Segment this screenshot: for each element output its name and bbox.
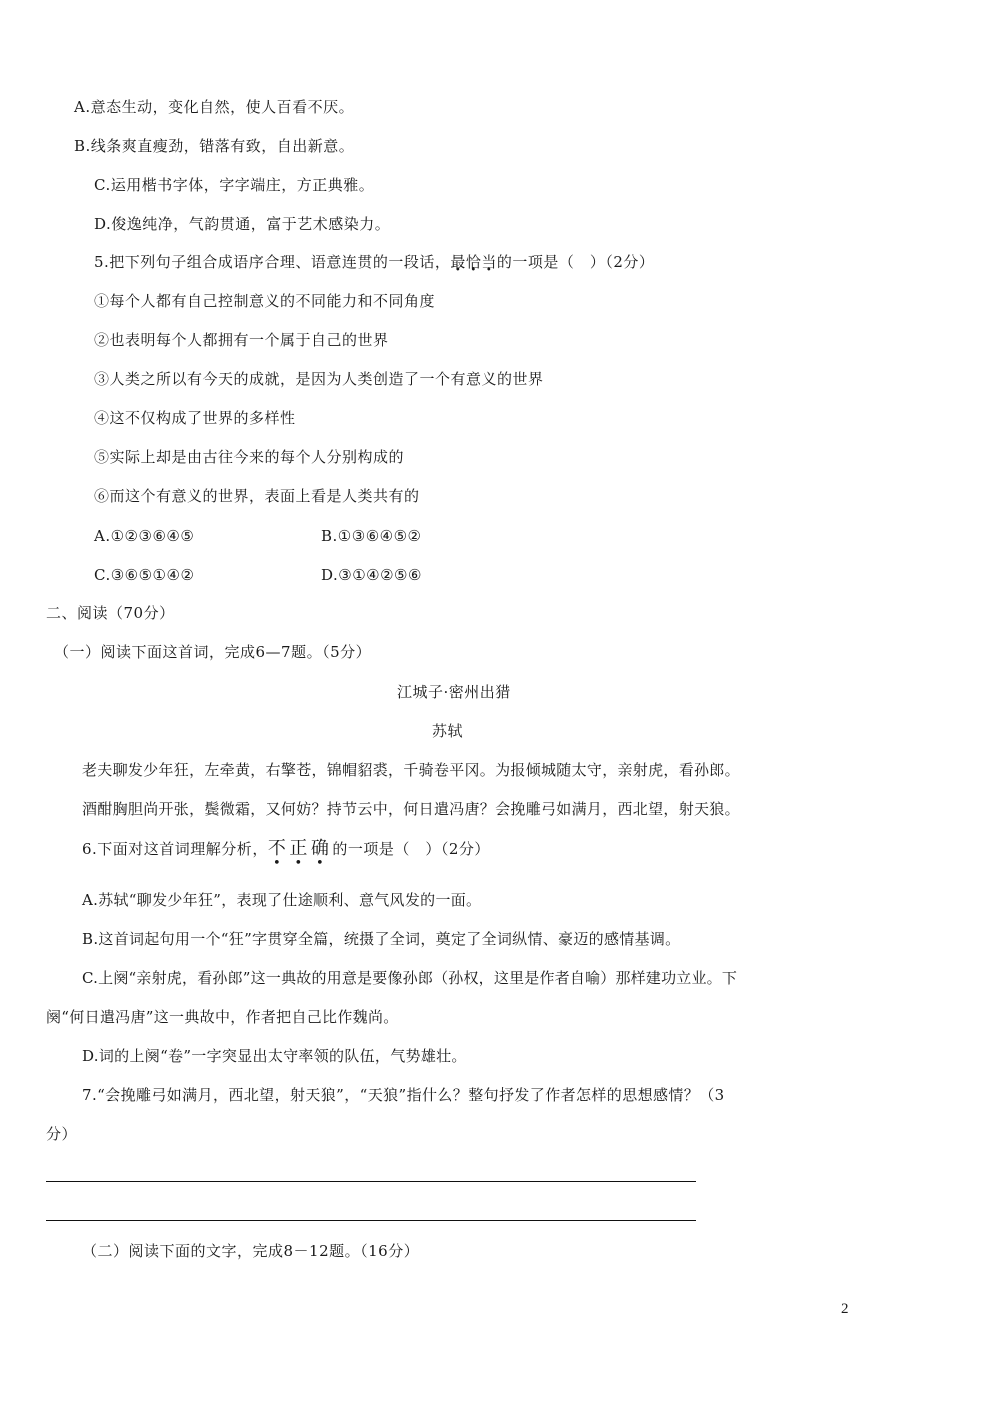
option-label: D. <box>321 566 338 584</box>
option-text: 运用楷书字体，字字端庄，方正典雅。 <box>111 176 375 194</box>
emphasis-char: 恰 <box>466 252 482 272</box>
q5-sentence-5: ⑤实际上却是由古往今来的每个人分别构成的 <box>94 447 404 467</box>
q7-stem: 7.“会挽雕弓如满月，西北望，射天狼”，“天狼”指什么？整句抒发了作者怎样的思想… <box>82 1085 725 1105</box>
option-text: 苏轼“聊发少年狂”，表现了仕途顺利、意气风发的一面。 <box>98 891 481 909</box>
poem-line-2: 酒酣胸胆尚开张，鬓微霜，又何妨？持节云中，何日遣冯唐？会挽雕弓如满月，西北望，射… <box>82 799 740 819</box>
option-text: ①②③⑥④⑤ <box>111 527 195 545</box>
q5-stem: 5.把下列句子组合成语序合理、语意连贯的一段话，最恰当的一项是（ ）（2分） <box>94 252 654 272</box>
q5-stem-before: 5.把下列句子组合成语序合理、语意连贯的一段话， <box>94 253 450 271</box>
option-label: A. <box>74 98 91 116</box>
option-label: A. <box>82 891 98 909</box>
option-text: 线条爽直瘦劲，错落有致，自出新意。 <box>91 137 355 155</box>
option-text: 俊逸纯净，气韵贯通，富于艺术感染力。 <box>111 215 390 233</box>
q5-sentence-3: ③人类之所以有今天的成就，是因为人类创造了一个有意义的世界 <box>94 369 544 389</box>
option-text: 上阕“亲射虎，看孙郎”这一典故的用意是要像孙郎（孙权，这里是作者自喻）那样建功立… <box>98 969 737 987</box>
q4-option-d: D.俊逸纯净，气韵贯通，富于艺术感染力。 <box>94 214 390 234</box>
poem-title: 江城子·密州出猎 <box>397 682 511 702</box>
q5-option-c: C.③⑥⑤①④② <box>94 565 194 585</box>
q5-stem-after: 的一项是（ ）（2分） <box>497 253 655 271</box>
q5-sentence-2: ②也表明每个人都拥有一个属于自己的世界 <box>94 330 389 350</box>
option-text: 词的上阕“卷”一字突显出太守率领的队伍，气势雄壮。 <box>99 1047 467 1065</box>
q5-option-b: B.①③⑥④⑤② <box>321 526 421 546</box>
option-label: D. <box>82 1047 99 1065</box>
option-label: C. <box>82 969 98 987</box>
option-text: ①③⑥④⑤② <box>338 527 422 545</box>
answer-line-2[interactable] <box>46 1220 696 1221</box>
option-label: B. <box>321 527 338 545</box>
option-text: 意态生动，变化自然，使人百看不厌。 <box>91 98 355 116</box>
part2-intro: （二）阅读下面的文字，完成8－12题。（16分） <box>82 1241 419 1261</box>
q6-option-c: C.上阕“亲射虎，看孙郎”这一典故的用意是要像孙郎（孙权，这里是作者自喻）那样建… <box>82 968 737 988</box>
emphasis-char: 不 <box>268 839 287 859</box>
option-text: ③①④②⑤⑥ <box>338 566 422 584</box>
q6-stem-after: 的一项是（ ）（2分） <box>332 840 490 858</box>
q5-option-a: A.①②③⑥④⑤ <box>94 526 194 546</box>
section-heading: 二、阅读（70分） <box>46 603 175 623</box>
emphasis-char: 最 <box>450 252 466 272</box>
q4-option-b: B.线条爽直瘦劲，错落有致，自出新意。 <box>74 136 354 156</box>
option-label: C. <box>94 566 111 584</box>
q6-option-b: B.这首词起句用一个“狂”字贯穿全篇，统摄了全词，奠定了全词纵情、豪迈的感情基调… <box>82 929 680 949</box>
page-number: 2 <box>841 1301 849 1318</box>
q6-stem: 6.下面对这首词理解分析，不正确的一项是（ ）（2分） <box>82 839 490 859</box>
poem-author: 苏轼 <box>432 721 463 741</box>
emphasis-char: 当 <box>481 252 497 272</box>
option-label: A. <box>94 527 111 545</box>
q4-option-c: C.运用楷书字体，字字端庄，方正典雅。 <box>94 175 374 195</box>
q5-sentence-6: ⑥而这个有意义的世界，表面上看是人类共有的 <box>94 486 420 506</box>
option-text: ③⑥⑤①④② <box>111 566 195 584</box>
q4-option-a: A.意态生动，变化自然，使人百看不厌。 <box>74 97 354 117</box>
q6-option-d: D.词的上阕“卷”一字突显出太守率领的队伍，气势雄壮。 <box>82 1046 467 1066</box>
q5-sentence-4: ④这不仅构成了世界的多样性 <box>94 408 296 428</box>
emphasis-char: 确 <box>311 839 330 859</box>
q6-stem-before: 6.下面对这首词理解分析， <box>82 840 268 858</box>
option-label: B. <box>74 137 91 155</box>
option-label: D. <box>94 215 111 233</box>
q5-option-d: D.③①④②⑤⑥ <box>321 565 422 585</box>
q6-option-a: A.苏轼“聊发少年狂”，表现了仕途顺利、意气风发的一面。 <box>82 890 481 910</box>
q6-option-c-continuation: 阕“何日遣冯唐”这一典故中，作者把自己比作魏尚。 <box>46 1007 399 1027</box>
option-label: C. <box>94 176 111 194</box>
q5-sentence-1: ①每个人都有自己控制意义的不同能力和不同角度 <box>94 291 435 311</box>
option-label: B. <box>82 930 98 948</box>
emphasis-char: 正 <box>289 839 308 859</box>
poem-line-1: 老夫聊发少年狂，左牵黄，右擎苍，锦帽貂裘，千骑卷平冈。为报倾城随太守，亲射虎，看… <box>82 760 740 780</box>
q7-stem-continuation: 分） <box>46 1124 77 1144</box>
part1-intro: （一）阅读下面这首词，完成6—7题。（5分） <box>54 642 371 662</box>
answer-line-1[interactable] <box>46 1181 696 1182</box>
option-text: 这首词起句用一个“狂”字贯穿全篇，统摄了全词，奠定了全词纵情、豪迈的感情基调。 <box>98 930 680 948</box>
